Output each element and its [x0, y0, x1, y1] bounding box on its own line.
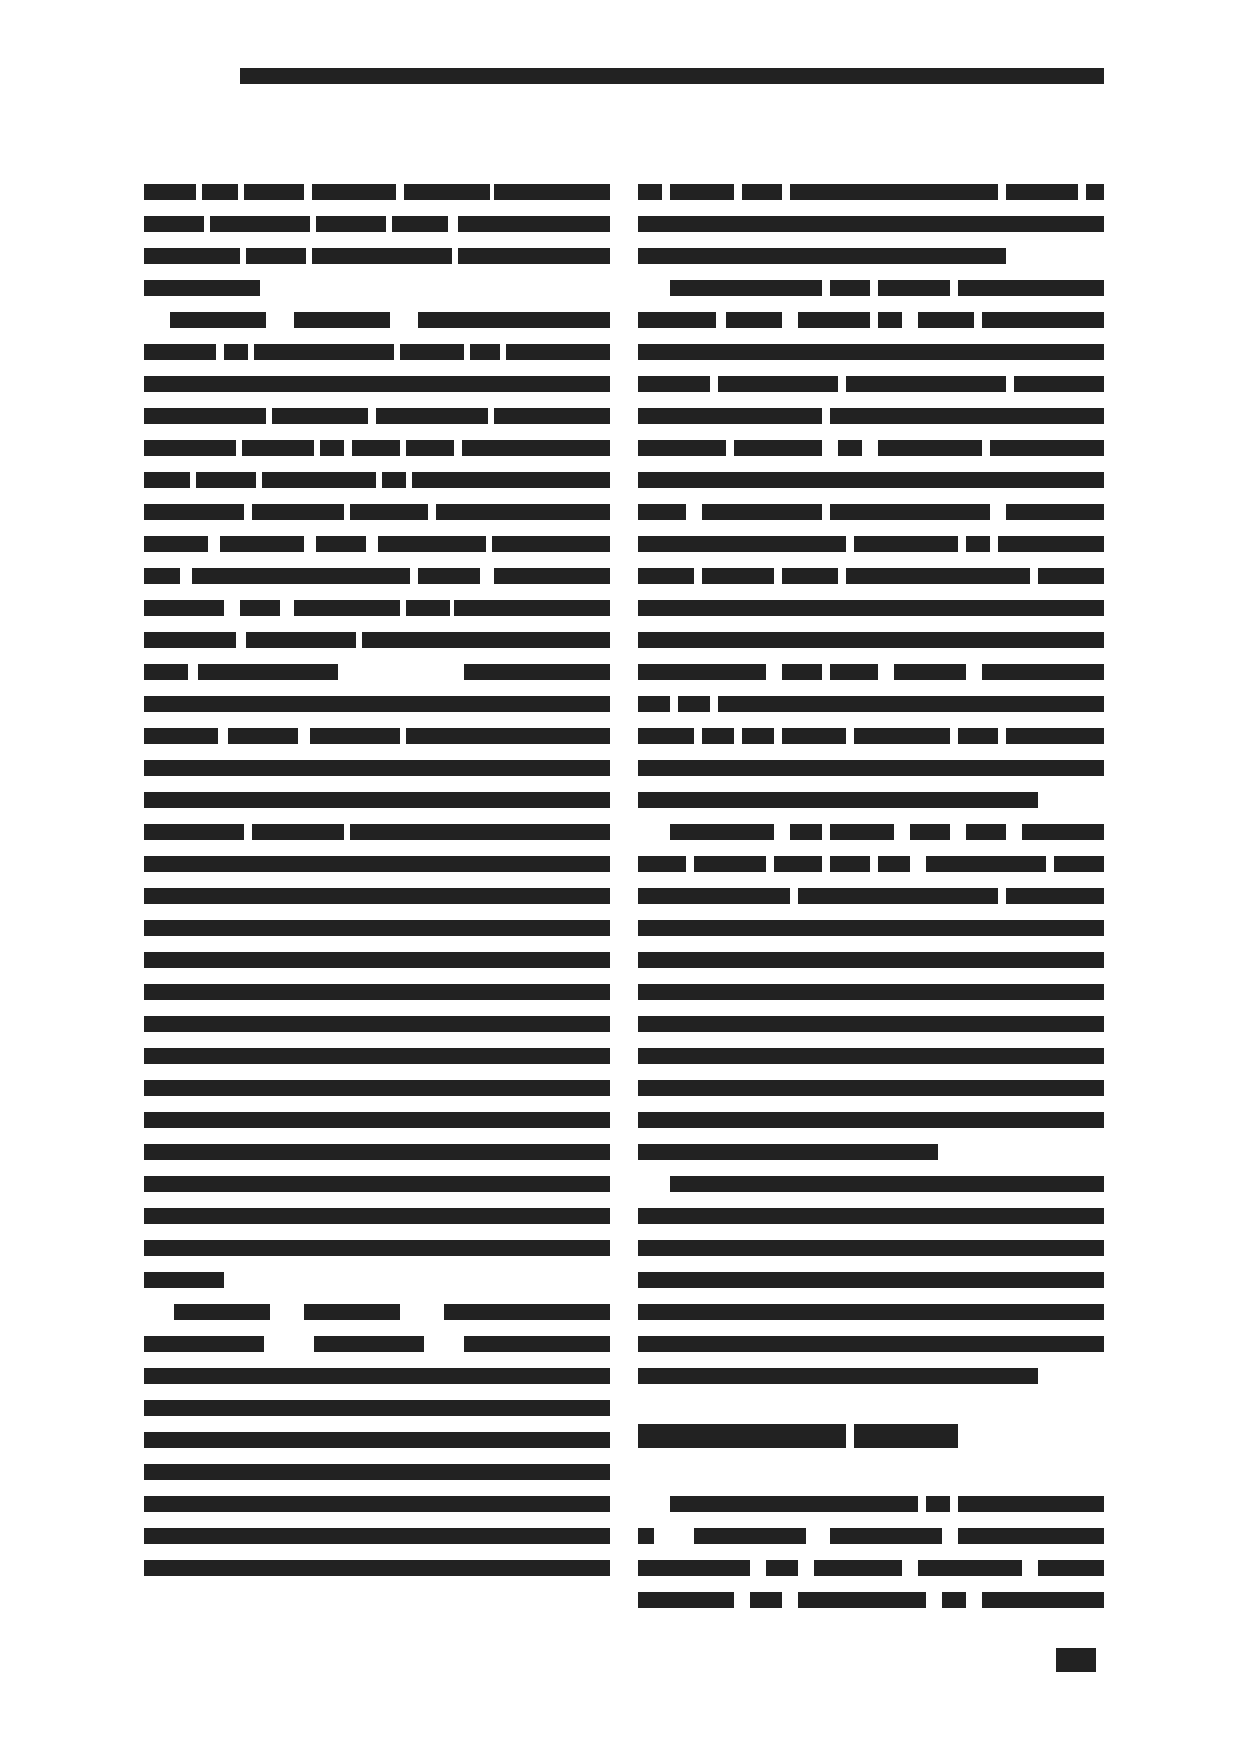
redacted-word-block — [1006, 728, 1104, 744]
redacted-word-block — [838, 440, 862, 456]
redacted-word-block — [830, 1528, 942, 1544]
redacted-word-block — [144, 824, 244, 840]
redacted-word-block — [694, 856, 766, 872]
redacted-word-block — [638, 312, 716, 328]
text-line — [144, 208, 610, 240]
text-line — [638, 1200, 1104, 1232]
redacted-word-block — [638, 728, 694, 744]
redacted-word-block — [638, 1048, 1104, 1064]
redacted-word-block — [144, 728, 218, 744]
redacted-word-block — [846, 376, 1006, 392]
redacted-word-block — [638, 1592, 734, 1608]
text-line — [144, 560, 610, 592]
text-line — [638, 1136, 1104, 1168]
redacted-word-block — [144, 1208, 610, 1224]
text-line — [638, 1168, 1104, 1200]
text-line — [144, 1424, 610, 1456]
text-line — [638, 1520, 1104, 1552]
redacted-word-block — [228, 568, 410, 584]
redacted-word-block — [638, 344, 1104, 360]
redacted-word-block — [144, 600, 224, 616]
text-line — [638, 1488, 1104, 1520]
text-line — [144, 272, 610, 304]
redacted-word-block — [798, 312, 870, 328]
redacted-word-block — [406, 440, 454, 456]
redacted-word-block — [144, 1176, 610, 1192]
text-line — [638, 1264, 1104, 1296]
text-line — [144, 1552, 610, 1584]
redacted-word-block — [702, 504, 822, 520]
redacted-word-block — [638, 1144, 938, 1160]
redacted-word-block — [492, 536, 610, 552]
text-line — [144, 1008, 610, 1040]
text-line — [638, 784, 1104, 816]
redacted-word-block — [830, 664, 878, 680]
redacted-word-block — [312, 248, 452, 264]
section-heading — [638, 1424, 1104, 1456]
text-line — [638, 1008, 1104, 1040]
redacted-word-block — [202, 184, 238, 200]
text-line — [144, 912, 610, 944]
redacted-word-block — [878, 440, 982, 456]
redacted-word-block — [726, 312, 782, 328]
text-line — [144, 784, 610, 816]
redacted-word-block — [798, 1592, 926, 1608]
redacted-word-block — [958, 1528, 1104, 1544]
redacted-word-block — [670, 1176, 1104, 1192]
text-line — [638, 208, 1104, 240]
redacted-word-block — [910, 824, 950, 840]
redacted-word-block — [170, 312, 266, 328]
redacted-word-block — [982, 664, 1104, 680]
redacted-word-block — [252, 504, 344, 520]
redacted-word-block — [638, 1560, 750, 1576]
redacted-word-block — [638, 1304, 1104, 1320]
redacted-word-block — [144, 408, 266, 424]
text-line — [638, 912, 1104, 944]
text-line — [638, 1104, 1104, 1136]
redacted-word-block — [444, 1304, 610, 1320]
redacted-word-block — [638, 1368, 1038, 1384]
redacted-word-block — [782, 568, 838, 584]
text-line — [144, 688, 610, 720]
redacted-word-block — [196, 472, 256, 488]
text-line — [144, 1136, 610, 1168]
text-line — [638, 880, 1104, 912]
redacted-word-block — [638, 184, 662, 200]
text-line — [144, 528, 610, 560]
redacted-word-block — [638, 1112, 1104, 1128]
redacted-word-block — [228, 728, 298, 744]
redacted-word-block — [494, 184, 610, 200]
redacted-word-block — [470, 344, 500, 360]
redacted-word-block — [966, 536, 990, 552]
text-line — [144, 368, 610, 400]
redacted-word-block — [144, 184, 196, 200]
text-line — [638, 1040, 1104, 1072]
redacted-word-block — [144, 664, 188, 680]
redacted-word-block — [144, 1048, 610, 1064]
redacted-word-block — [144, 472, 190, 488]
redacted-word-block — [304, 1304, 400, 1320]
text-line — [638, 1232, 1104, 1264]
redacted-word-block — [638, 760, 1104, 776]
text-line — [144, 400, 610, 432]
redacted-word-block — [854, 536, 958, 552]
text-line — [638, 1296, 1104, 1328]
redacted-word-block — [144, 920, 610, 936]
redacted-word-block — [458, 248, 610, 264]
text-line — [144, 880, 610, 912]
text-line — [638, 1392, 1104, 1424]
redacted-word-block — [144, 568, 180, 584]
redacted-word-block — [406, 728, 610, 744]
redacted-word-block — [830, 824, 894, 840]
redacted-text-block — [240, 68, 1104, 84]
redacted-word-block — [144, 280, 260, 296]
redacted-word-block — [790, 824, 822, 840]
redacted-word-block — [262, 472, 376, 488]
redacted-word-block — [312, 184, 396, 200]
text-line — [144, 624, 610, 656]
redacted-word-block — [144, 1560, 610, 1576]
redacted-word-block — [638, 536, 846, 552]
redacted-word-block — [494, 408, 610, 424]
redacted-word-block — [790, 184, 998, 200]
text-line — [144, 1392, 610, 1424]
text-line — [638, 560, 1104, 592]
text-line — [144, 720, 610, 752]
redacted-word-block — [350, 504, 428, 520]
redacted-word-block — [144, 1432, 610, 1448]
text-line — [638, 176, 1104, 208]
text-line — [144, 1456, 610, 1488]
text-line — [638, 624, 1104, 656]
redacted-word-block — [782, 664, 822, 680]
document-page: [redacted running header] [redacted] — [0, 0, 1240, 1754]
text-line — [638, 496, 1104, 528]
text-line — [144, 432, 610, 464]
text-line — [638, 400, 1104, 432]
text-line — [144, 176, 610, 208]
redacted-word-block — [404, 184, 490, 200]
redacted-word-block — [1086, 184, 1104, 200]
redacted-word-block — [918, 312, 974, 328]
text-line — [638, 720, 1104, 752]
redacted-word-block — [494, 568, 610, 584]
redacted-word-block — [198, 664, 338, 680]
redacted-word-block — [638, 1016, 1104, 1032]
redacted-word-block — [244, 184, 304, 200]
redacted-word-block — [958, 1496, 1104, 1512]
redacted-word-block — [294, 600, 400, 616]
text-line — [144, 1200, 610, 1232]
running-header: [redacted running header] — [240, 64, 1104, 88]
redacted-word-block — [1038, 568, 1062, 584]
text-line — [144, 1328, 610, 1360]
redacted-word-block — [144, 1464, 610, 1480]
redacted-word-block — [678, 696, 710, 712]
text-line — [638, 304, 1104, 336]
redacted-word-block — [406, 600, 450, 616]
redacted-word-block — [830, 504, 990, 520]
redacted-word-block — [638, 376, 710, 392]
text-line — [638, 528, 1104, 560]
redacted-word-block — [144, 1496, 610, 1512]
text-line — [144, 1296, 610, 1328]
redacted-word-block — [144, 1400, 610, 1416]
redacted-word-block — [926, 1496, 950, 1512]
running-header-text: [redacted running header] — [240, 64, 241, 65]
redacted-word-block — [926, 856, 1046, 872]
redacted-word-block — [638, 888, 790, 904]
redacted-word-block — [798, 888, 998, 904]
redacted-word-block — [734, 440, 822, 456]
text-line — [638, 656, 1104, 688]
redacted-word-block — [352, 440, 400, 456]
redacted-word-block — [144, 1368, 610, 1384]
right-column — [638, 176, 1104, 1616]
redacted-word-block — [670, 184, 734, 200]
redacted-word-block — [742, 184, 782, 200]
redacted-word-block — [638, 664, 766, 680]
redacted-word-block — [192, 568, 232, 584]
text-line — [638, 848, 1104, 880]
redacted-word-block — [144, 856, 610, 872]
text-line — [638, 816, 1104, 848]
text-line — [638, 272, 1104, 304]
text-line — [638, 944, 1104, 976]
redacted-word-block — [144, 1528, 610, 1544]
text-line — [144, 1040, 610, 1072]
redacted-word-block — [774, 856, 822, 872]
redacted-word-block — [464, 664, 610, 680]
text-line — [144, 336, 610, 368]
redacted-word-block — [782, 728, 846, 744]
redacted-word-block — [638, 856, 686, 872]
redacted-word-block — [638, 920, 1104, 936]
redacted-word-block — [830, 408, 1104, 424]
redacted-word-block — [144, 984, 610, 1000]
redacted-word-block — [294, 312, 390, 328]
text-line — [144, 848, 610, 880]
redacted-word-block — [638, 696, 670, 712]
redacted-word-block — [918, 1560, 1022, 1576]
redacted-word-block — [638, 472, 862, 488]
redacted-word-block — [436, 504, 610, 520]
redacted-word-block — [878, 312, 902, 328]
text-line — [638, 1456, 1104, 1488]
text-line — [144, 1104, 610, 1136]
text-line — [144, 304, 610, 336]
redacted-word-block — [638, 632, 1104, 648]
text-line — [144, 1168, 610, 1200]
redacted-word-block — [638, 440, 726, 456]
redacted-word-block — [210, 216, 310, 232]
redacted-word-block — [830, 280, 870, 296]
text-line — [638, 976, 1104, 1008]
redacted-word-block — [144, 1272, 224, 1288]
redacted-word-block — [310, 728, 400, 744]
redacted-word-block — [220, 536, 304, 552]
redacted-word-block — [382, 472, 406, 488]
redacted-word-block — [144, 440, 236, 456]
redacted-word-block — [670, 1496, 918, 1512]
redacted-word-block — [638, 408, 822, 424]
redacted-word-block — [506, 344, 610, 360]
redacted-word-block — [1006, 888, 1104, 904]
redacted-word-block — [1014, 376, 1104, 392]
redacted-word-block — [894, 664, 966, 680]
redacted-word-block — [1022, 824, 1104, 840]
redacted-word-block — [638, 1424, 846, 1448]
text-line — [144, 752, 610, 784]
redacted-word-block — [316, 216, 386, 232]
text-line — [638, 1328, 1104, 1360]
redacted-word-block — [224, 344, 248, 360]
redacted-word-block — [670, 280, 822, 296]
text-line — [144, 816, 610, 848]
text-line — [638, 592, 1104, 624]
redacted-word-block — [854, 728, 950, 744]
left-column — [144, 176, 610, 1584]
text-line — [638, 1072, 1104, 1104]
redacted-word-block — [458, 216, 610, 232]
redacted-word-block — [144, 632, 236, 648]
redacted-word-block — [998, 536, 1104, 552]
redacted-word-block — [254, 344, 394, 360]
redacted-word-block — [638, 1208, 1104, 1224]
redacted-word-block — [638, 984, 1104, 1000]
redacted-word-block — [638, 952, 1104, 968]
redacted-word-block — [982, 1592, 1104, 1608]
redacted-word-block — [702, 568, 774, 584]
redacted-word-block — [144, 536, 208, 552]
redacted-word-block — [750, 1592, 782, 1608]
redacted-word-block — [242, 440, 314, 456]
redacted-word-block — [350, 824, 610, 840]
redacted-word-block — [144, 1080, 610, 1096]
redacted-word-block — [638, 568, 694, 584]
redacted-word-block — [246, 248, 306, 264]
redacted-word-block — [878, 280, 950, 296]
redacted-word-block — [846, 568, 1030, 584]
redacted-word-block — [718, 696, 1104, 712]
text-line — [638, 368, 1104, 400]
redacted-word-block — [670, 824, 774, 840]
text-line — [144, 464, 610, 496]
redacted-word-block — [638, 600, 1104, 616]
redacted-word-block — [240, 600, 280, 616]
redacted-word-block — [694, 1528, 806, 1544]
text-line — [144, 1360, 610, 1392]
text-line — [638, 688, 1104, 720]
redacted-word-block — [966, 824, 1006, 840]
redacted-word-block — [638, 504, 686, 520]
redacted-word-block — [1054, 856, 1104, 872]
redacted-word-block — [1038, 1560, 1104, 1576]
text-line — [638, 752, 1104, 784]
redacted-word-block — [462, 440, 610, 456]
redacted-word-block — [878, 856, 910, 872]
redacted-word-block — [830, 856, 870, 872]
redacted-word-block — [990, 440, 1104, 456]
text-line — [638, 432, 1104, 464]
redacted-word-block — [144, 696, 610, 712]
redacted-word-block — [814, 1560, 902, 1576]
redacted-word-block — [638, 248, 1006, 264]
redacted-word-block — [376, 408, 488, 424]
text-line — [144, 240, 610, 272]
redacted-word-block — [638, 1336, 1104, 1352]
redacted-word-block — [362, 632, 610, 648]
redacted-word-block — [144, 1016, 610, 1032]
redacted-word-block — [958, 728, 998, 744]
text-line — [638, 1584, 1104, 1616]
redacted-word-block — [418, 568, 480, 584]
text-line — [144, 976, 610, 1008]
redacted-word-block — [862, 472, 1104, 488]
redacted-word-block — [144, 1144, 610, 1160]
redacted-word-block — [702, 728, 734, 744]
redacted-word-block — [400, 344, 464, 360]
redacted-word-block — [316, 536, 366, 552]
text-line — [144, 592, 610, 624]
redacted-word-block — [144, 344, 216, 360]
redacted-word-block — [454, 600, 610, 616]
redacted-word-block — [144, 504, 244, 520]
redacted-word-block — [144, 792, 610, 808]
redacted-word-block — [638, 1080, 1104, 1096]
redacted-word-block — [272, 408, 368, 424]
redacted-word-block — [1006, 184, 1078, 200]
text-line — [638, 464, 1104, 496]
redacted-word-block — [958, 280, 1104, 296]
redacted-word-block — [246, 632, 356, 648]
redacted-word-block — [378, 536, 486, 552]
redacted-word-block — [144, 952, 610, 968]
redacted-word-block — [464, 1336, 610, 1352]
redacted-word-block — [638, 1240, 1104, 1256]
text-line — [144, 656, 610, 688]
text-line — [144, 1520, 610, 1552]
text-line — [144, 1488, 610, 1520]
text-line — [638, 240, 1104, 272]
redacted-word-block — [392, 216, 448, 232]
text-line — [144, 944, 610, 976]
redacted-word-block — [174, 1304, 270, 1320]
text-line — [144, 1072, 610, 1104]
redacted-word-block — [252, 824, 344, 840]
redacted-word-block — [144, 1240, 610, 1256]
redacted-word-block — [320, 440, 344, 456]
redacted-word-block — [144, 1336, 264, 1352]
redacted-word-block — [314, 1336, 424, 1352]
redacted-word-block — [412, 472, 610, 488]
redacted-word-block — [854, 1424, 958, 1448]
redacted-word-block — [638, 1528, 654, 1544]
redacted-word-block — [144, 216, 204, 232]
redacted-word-block — [1062, 568, 1104, 584]
text-line — [144, 1264, 610, 1296]
redacted-word-block — [144, 1112, 610, 1128]
page-number-text: [redacted] — [1056, 1648, 1057, 1649]
redacted-word-block — [638, 792, 1038, 808]
page-number: [redacted] — [1056, 1648, 1096, 1672]
redacted-word-block — [144, 376, 610, 392]
redacted-word-block — [742, 728, 774, 744]
text-line — [144, 1232, 610, 1264]
